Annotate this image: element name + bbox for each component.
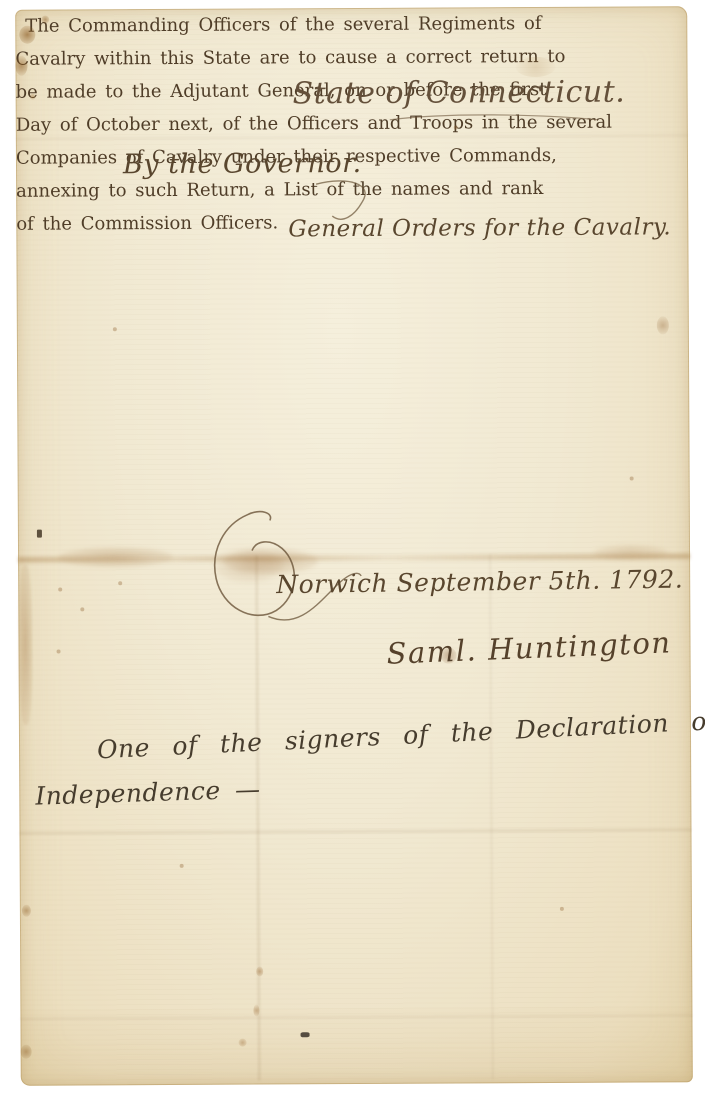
stain-mark	[256, 966, 263, 976]
paper-aging-band	[20, 1006, 692, 1086]
fold-crease-horizontal-main	[18, 553, 690, 563]
body-paragraph: The Commanding Officers of the several R…	[15, 7, 536, 241]
document-heading: State of Connecticut.	[293, 75, 626, 112]
body-line: Cavalry within this State are to cause a…	[15, 40, 535, 76]
signature: Saml. Huntington	[386, 625, 672, 670]
stain-mark	[593, 544, 668, 560]
foxing-dot	[560, 907, 564, 911]
stain-mark	[18, 565, 33, 725]
stain-mark	[214, 548, 284, 582]
stain-mark	[22, 905, 31, 917]
annotation-line-1: One of the signers of the Declaration of	[96, 706, 705, 764]
foxing-dot	[630, 477, 634, 481]
foxing-dot	[113, 327, 117, 331]
foxing-dot	[58, 588, 62, 592]
document-byline: By the Governor.	[123, 148, 362, 180]
fold-crease-horizontal-lower	[19, 828, 691, 835]
foxing-dot	[180, 864, 184, 868]
document-paper: State of Connecticut. By the Governor. G…	[15, 6, 693, 1086]
foxing-dot	[118, 581, 122, 585]
stain-mark	[58, 547, 173, 568]
foxing-dot	[57, 650, 61, 654]
ink-speck	[37, 530, 42, 538]
dateline: Norwich September 5th. 1792.	[276, 565, 683, 600]
body-line: Day of October next, of the Officers and…	[16, 106, 536, 142]
scanned-document: State of Connecticut. By the Governor. G…	[0, 0, 705, 1100]
foxing-dot	[80, 607, 84, 611]
body-line: The Commanding Officers of the several R…	[15, 7, 535, 43]
fold-crease-vertical-left	[255, 556, 261, 1081]
stain-mark	[657, 316, 669, 334]
annotation-line-2: Independence —	[35, 775, 261, 811]
order-title: General Orders for the Cavalry.	[288, 214, 671, 242]
